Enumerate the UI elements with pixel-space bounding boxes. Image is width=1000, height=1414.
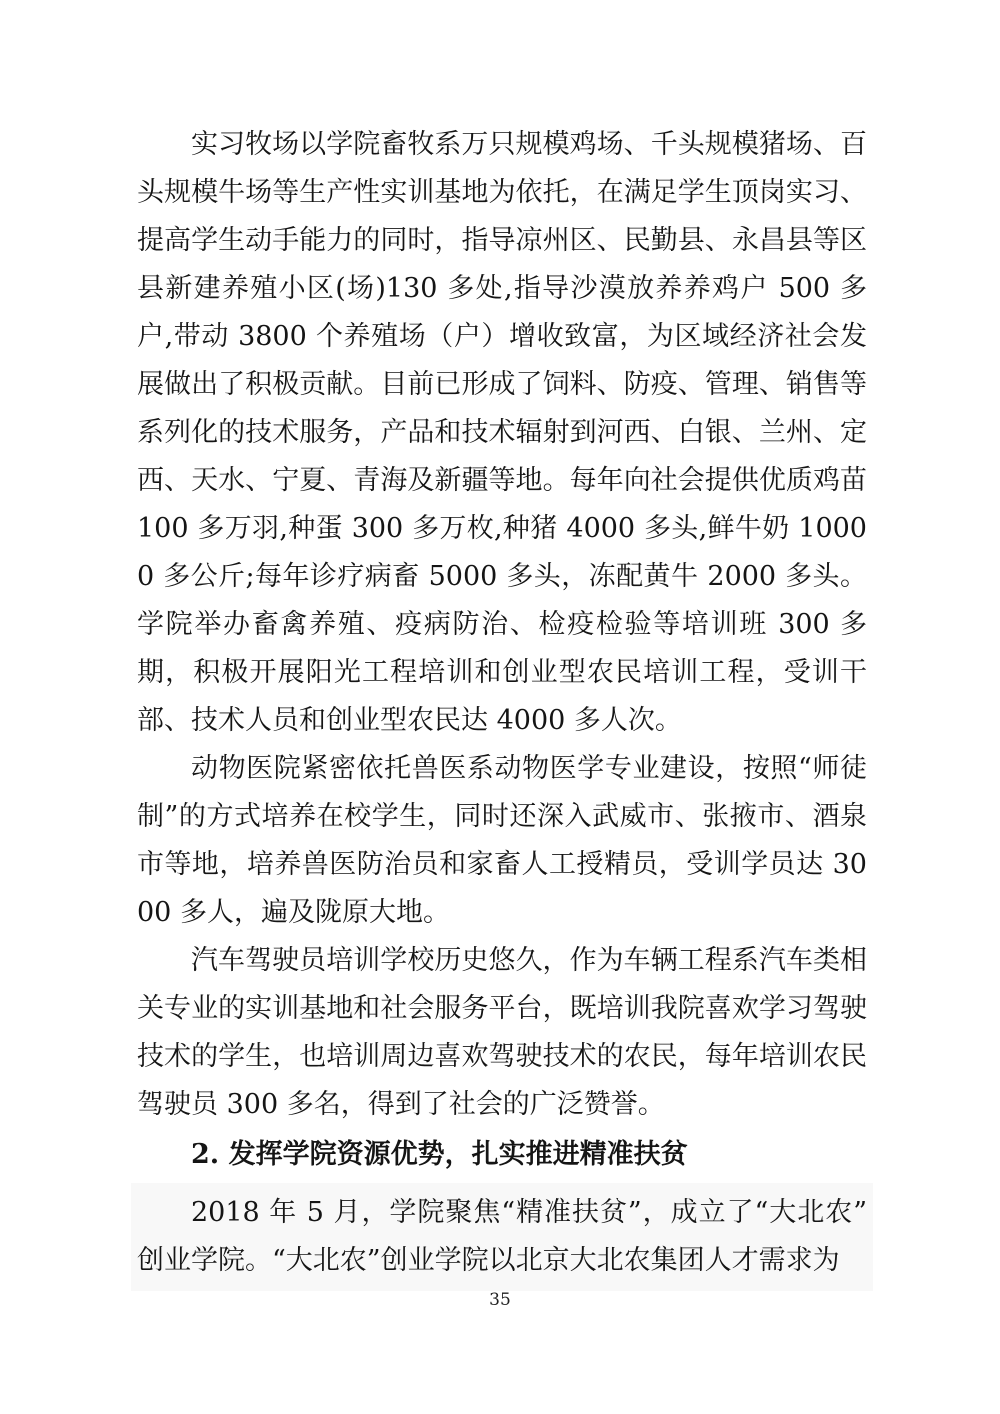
paragraph-driving-school: 汽车驾驶员培训学校历史悠久，作为车辆工程系汽车类相关专业的实训基地和社会服务平台… xyxy=(137,937,867,1129)
page-number: 35 xyxy=(0,1288,1000,1312)
section-heading: 2. 发挥学院资源优势，扎实推进精准扶贫 xyxy=(137,1131,867,1179)
paragraph-practice-farm: 实习牧场以学院畜牧系万只规模鸡场、千头规模猪场、百头规模牛场等生产性实训基地为依… xyxy=(137,121,867,745)
paragraph-animal-hospital: 动物医院紧密依托兽医系动物医学专业建设，按照“师徒制”的方式培养在校学生，同时还… xyxy=(137,745,867,937)
paragraph-dabeinong-college: 2018 年 5 月，学院聚焦“精准扶贫”，成立了“大北农”创业学院。“大北农”… xyxy=(137,1189,867,1285)
page-content: 实习牧场以学院畜牧系万只规模鸡场、千头规模猪场、百头规模牛场等生产性实训基地为依… xyxy=(137,121,867,1285)
document-page: 实习牧场以学院畜牧系万只规模鸡场、千头规模猪场、百头规模牛场等生产性实训基地为依… xyxy=(0,0,1000,1414)
